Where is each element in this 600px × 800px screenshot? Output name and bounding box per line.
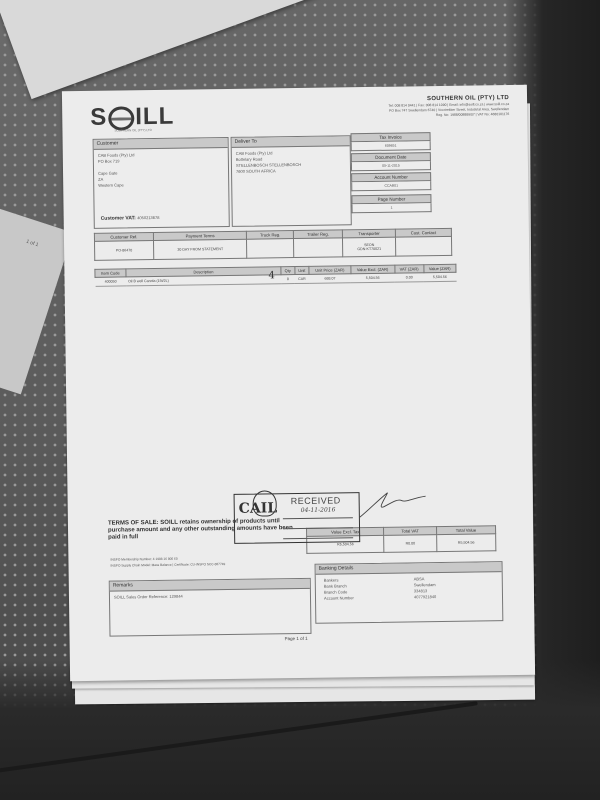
description-cell: Oil B well Canola (15t/2L) <box>126 275 281 286</box>
company-header: SOUTHERN OIL (PTY) LTD Tel: 008 814 0441… <box>388 95 509 118</box>
bank-label: Account Number <box>324 594 414 601</box>
document-date-value: 05-11-2015 <box>351 161 431 171</box>
total-vat-value: R0.00 <box>384 535 437 553</box>
cail-stamp-logo: CAIL <box>239 500 278 517</box>
unit-price-cell: 688.07 <box>309 274 350 284</box>
bank-value: 4077921840 <box>414 593 494 600</box>
payment-terms-cell: 30 DAY FROM STATEMENT <box>153 239 247 259</box>
line-items-table: Item Code Description Qty Unit Unit Pric… <box>94 264 456 287</box>
table-row: PO-86470 30 DAY FROM STATEMENT SEON GDN-… <box>95 236 452 260</box>
address-line: 7600 SOUTH AFRICA <box>236 167 346 175</box>
address-line: Western Cape <box>98 181 224 189</box>
tax-invoice-box: Tax Invoice 609651 <box>351 132 431 151</box>
inspo-supply-chain: INSPO Supply Chain Model: Mass Balance |… <box>110 561 225 569</box>
banking-details-box: Banking Details Bankers ABSA Bank Branch… <box>315 561 504 624</box>
account-number-box: Account Number CCAB01 <box>351 172 431 191</box>
customer-ref-cell: PO-86470 <box>95 241 154 261</box>
truck-reg-cell <box>247 239 294 259</box>
customer-vat-value: 4050213678 <box>137 215 159 220</box>
customer-vat-label: Customer VAT: <box>101 215 136 221</box>
stray-paper-text: 1 of 1 <box>25 239 39 249</box>
document-date-box: Document Date 05-11-2015 <box>351 152 431 171</box>
page-number-box: Page Number 1 <box>351 194 431 213</box>
remarks-box: Remarks SOILL Sales Order Reference: 129… <box>109 578 312 637</box>
inspo-registration: INSPO Membership Number: 4 1988 16 800 6… <box>110 555 225 569</box>
tax-invoice-document: SILL SOUTHERN OIL (PTY) LTD SOUTHERN OIL… <box>62 85 535 681</box>
logo-subtitle: SOUTHERN OIL (PTY) LTD <box>114 128 151 133</box>
total-value: R5,504.56 <box>436 534 495 552</box>
column-header: Unit <box>294 266 309 274</box>
vat-cell: 0.00 <box>395 273 424 282</box>
signature-scribble <box>358 490 428 519</box>
logo-letter: S <box>90 104 107 131</box>
qty-cell: 8 <box>281 275 295 284</box>
received-label: RECEIVED <box>291 495 341 506</box>
handwritten-qty-mark: 4 <box>268 270 275 281</box>
received-date: 04-11-2016 <box>301 506 336 513</box>
oil-drop-icon <box>108 106 134 130</box>
logo-letters: ILL <box>135 103 174 131</box>
received-stamp: CAIL RECEIVED 04-11-2016 <box>234 492 361 544</box>
customer-box: Customer CAB Foods (Pty) Ltd PO Box 719 … <box>93 137 230 229</box>
page-number-value: 1 <box>352 203 432 213</box>
account-number-value: CCAB01 <box>351 181 431 191</box>
tax-invoice-number: 609651 <box>351 141 431 151</box>
item-code-cell: 400050 <box>95 277 126 286</box>
banking-details: Bankers ABSA Bank Branch Swellendam Bran… <box>316 572 502 605</box>
company-registration: Reg. No: 1988/008889/07 | VAT No: 468010… <box>389 112 510 118</box>
reference-table: Customer Ref. Payment Terms Truck Reg. T… <box>94 228 452 261</box>
customer-address: CAB Foods (Pty) Ltd PO Box 719 Cape Gate… <box>94 148 229 192</box>
cust-contact-cell <box>396 236 452 256</box>
stamp-line <box>283 537 353 539</box>
value-excl-cell: 5,504.56 <box>351 273 395 283</box>
value-cell: 5,504.56 <box>424 272 456 281</box>
page-footer: Page 1 of 1 <box>285 636 308 641</box>
remarks-text: SOILL Sales Order Reference: 129844 <box>110 589 310 604</box>
stamp-line <box>283 527 353 529</box>
unit-cell: CAR <box>295 274 310 283</box>
customer-vat: Customer VAT: 4050213678 <box>101 215 160 222</box>
stamp-line <box>283 517 353 519</box>
transporter-cell: SEON GDN-KT70021 <box>343 237 396 257</box>
deliver-to-box: Deliver To CAB Foods (Pty) Ltd Bottelary… <box>231 135 352 227</box>
deliver-to-address: CAB Foods (Pty) Ltd Bottelary Road STELL… <box>232 146 350 178</box>
column-header: Qty <box>281 267 295 275</box>
trailer-reg-cell <box>293 238 342 258</box>
